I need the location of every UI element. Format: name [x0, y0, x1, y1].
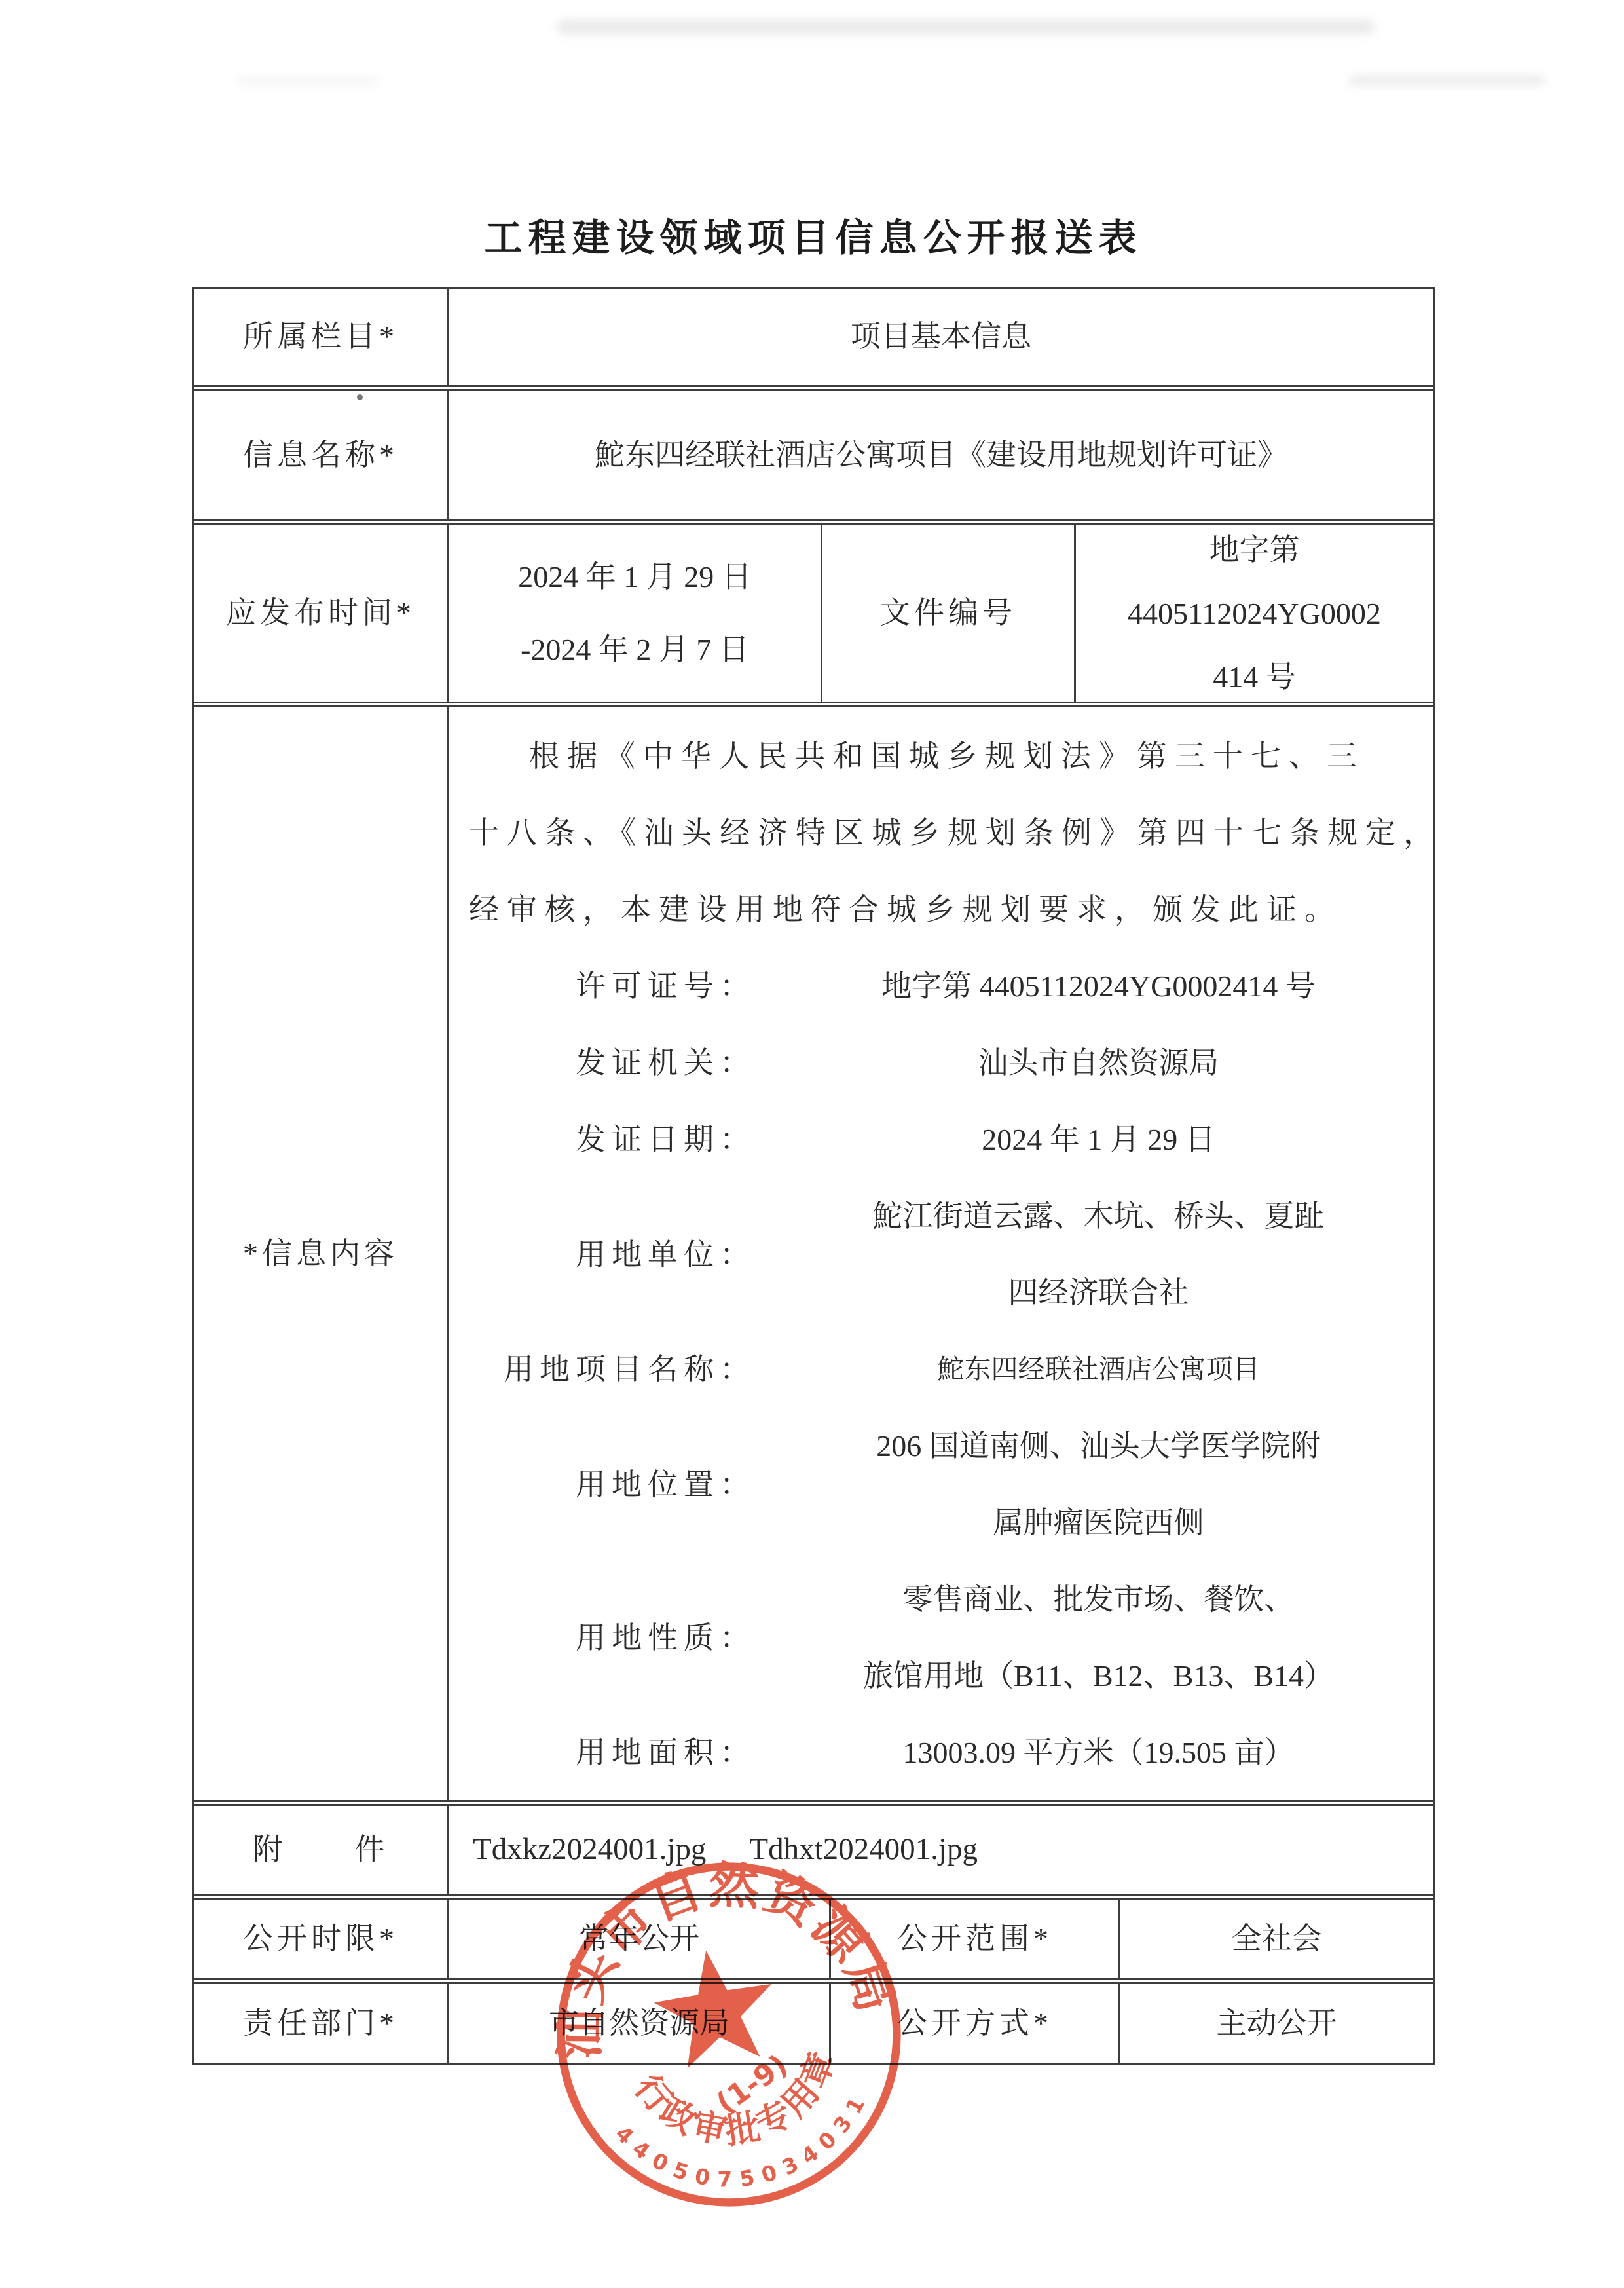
responsible-dept-label: 责任部门*: [194, 1984, 447, 2063]
row-category: 所属栏目* 项目基本信息: [194, 289, 1433, 385]
row-info-content: *信息内容 根据《中华人民共和国城乡规划法》第三十七、三 十八条、《汕头经济特区…: [194, 702, 1433, 1800]
field-project-name-label: 用地项目名称：: [469, 1331, 756, 1408]
attachments-value: Tdxkz2024001.jpg Tdhxt2024001.jpg: [447, 1806, 1433, 1894]
field-land-user-value-line1: 鮀江街道云露、木坑、桥头、夏趾: [756, 1178, 1441, 1254]
publish-period-line1: 2024 年 1 月 29 日: [518, 557, 752, 597]
publish-time-label: 应发布时间*: [194, 525, 447, 702]
field-license-no-value: 地字第 4405112024YG0002414 号: [756, 948, 1441, 1024]
scan-smudge: [236, 77, 380, 85]
field-project-name-value: 鮀东四经联社酒店公寓项目: [756, 1331, 1441, 1408]
info-table: 所属栏目* 项目基本信息 信息名称* 鮀东四经联社酒店公寓项目《建设用地规划许可…: [192, 287, 1435, 2065]
content-paragraph-line3: 经审核，本建设用地符合城乡规划要求，颁发此证。: [469, 871, 1441, 948]
doc-no-line1: 地字第: [1209, 518, 1300, 582]
field-land-area-value: 13003.09 平方米（19.505 亩）: [756, 1714, 1441, 1791]
doc-no-line2: 4405112024YG0002: [1128, 582, 1381, 645]
field-issuing-authority: 发证机关： 汕头市自然资源局: [469, 1024, 1441, 1101]
attachment-file-2: Tdhxt2024001.jpg: [749, 1829, 978, 1870]
field-land-area-label: 用地面积：: [469, 1714, 756, 1791]
field-license-no-label: 许可证号：: [469, 948, 756, 1024]
field-issuing-authority-label: 发证机关：: [469, 1024, 756, 1101]
row-responsible-dept: 责任部门* 市自然资源局 公开方式* 主动公开: [194, 1978, 1433, 2063]
field-land-use-type: 用地性质： 零售商业、批发市场、餐饮、 旅馆用地（B11、B12、B13、B14…: [469, 1561, 1441, 1714]
field-land-user: 用地单位： 鮀江街道云露、木坑、桥头、夏趾 四经济联合社: [469, 1178, 1441, 1331]
field-land-area: 用地面积： 13003.09 平方米（19.505 亩）: [469, 1714, 1441, 1791]
scan-smudge: [1349, 76, 1545, 85]
field-issue-date: 发证日期： 2024 年 1 月 29 日: [469, 1101, 1441, 1178]
doc-no-label: 文件编号: [821, 525, 1074, 702]
public-method-value: 主动公开: [1118, 1984, 1433, 2063]
scan-smudge: [557, 20, 1375, 34]
info-content-value: 根据《中华人民共和国城乡规划法》第三十七、三 十八条、《汕头经济特区城乡规划条例…: [447, 707, 1461, 1800]
field-land-location-label: 用地位置：: [469, 1446, 756, 1523]
row-publish-time: 应发布时间* 2024 年 1 月 29 日 -2024 年 2 月 7 日 文…: [194, 519, 1433, 702]
attachments-label: 附 件: [194, 1806, 447, 1894]
doc-no-value: 地字第 4405112024YG0002 414 号: [1074, 525, 1433, 702]
row-attachments: 附 件 Tdxkz2024001.jpg Tdhxt2024001.jpg: [194, 1800, 1433, 1894]
category-label: 所属栏目*: [194, 289, 447, 385]
field-land-use-type-value-line1: 零售商业、批发市场、餐饮、: [756, 1561, 1441, 1638]
field-land-use-type-value-line2: 旅馆用地（B11、B12、B13、B14）: [756, 1638, 1441, 1714]
info-name-value: 鮀东四经联社酒店公寓项目《建设用地规划许可证》: [447, 391, 1433, 519]
field-land-use-type-label: 用地性质：: [469, 1600, 756, 1676]
responsible-dept-value: 市自然资源局: [447, 1984, 829, 2063]
field-land-location-value-line2: 属肿瘤医院西侧: [756, 1484, 1441, 1561]
row-public-period: 公开时限* 常年公开 公开范围* 全社会: [194, 1894, 1433, 1978]
attachment-file-1: Tdxkz2024001.jpg: [473, 1829, 706, 1870]
page-title: 工程建设领域项目信息公开报送表: [192, 207, 1435, 262]
info-name-label: 信息名称*: [194, 391, 447, 519]
field-land-user-value-line2: 四经济联合社: [756, 1254, 1441, 1331]
public-period-label: 公开时限*: [194, 1900, 447, 1978]
row-info-name: 信息名称* 鮀东四经联社酒店公寓项目《建设用地规划许可证》: [194, 385, 1433, 519]
field-project-name: 用地项目名称： 鮀东四经联社酒店公寓项目: [469, 1331, 1441, 1408]
category-value: 项目基本信息: [447, 289, 1433, 385]
field-land-location-value-line1: 206 国道南侧、汕头大学医学院附: [756, 1408, 1441, 1484]
doc-no-line3: 414 号: [1213, 645, 1296, 709]
content-paragraph-line2: 十八条、《汕头经济特区城乡规划条例》第四十七条规定，: [469, 795, 1441, 871]
public-method-label: 公开方式*: [829, 1984, 1118, 2063]
field-license-no: 许可证号： 地字第 4405112024YG0002414 号: [469, 948, 1441, 1024]
publish-period-line2: -2024 年 2 月 7 日: [521, 629, 749, 670]
seal-code-arc-text: 4405075034031: [608, 2082, 885, 2211]
content-paragraph-line1: 根据《中华人民共和国城乡规划法》第三十七、三: [469, 718, 1441, 795]
field-issue-date-label: 发证日期：: [469, 1101, 756, 1178]
field-land-location: 用地位置： 206 国道南侧、汕头大学医学院附 属肿瘤医院西侧: [469, 1408, 1441, 1561]
public-scope-value: 全社会: [1118, 1900, 1433, 1978]
field-issue-date-value: 2024 年 1 月 29 日: [756, 1101, 1441, 1178]
publish-time-value: 2024 年 1 月 29 日 -2024 年 2 月 7 日: [447, 525, 821, 702]
field-land-user-label: 用地单位：: [469, 1216, 756, 1293]
field-issuing-authority-value: 汕头市自然资源局: [756, 1024, 1441, 1101]
public-scope-label: 公开范围*: [829, 1900, 1118, 1978]
public-period-value: 常年公开: [447, 1900, 829, 1978]
info-content-label: *信息内容: [194, 707, 447, 1800]
